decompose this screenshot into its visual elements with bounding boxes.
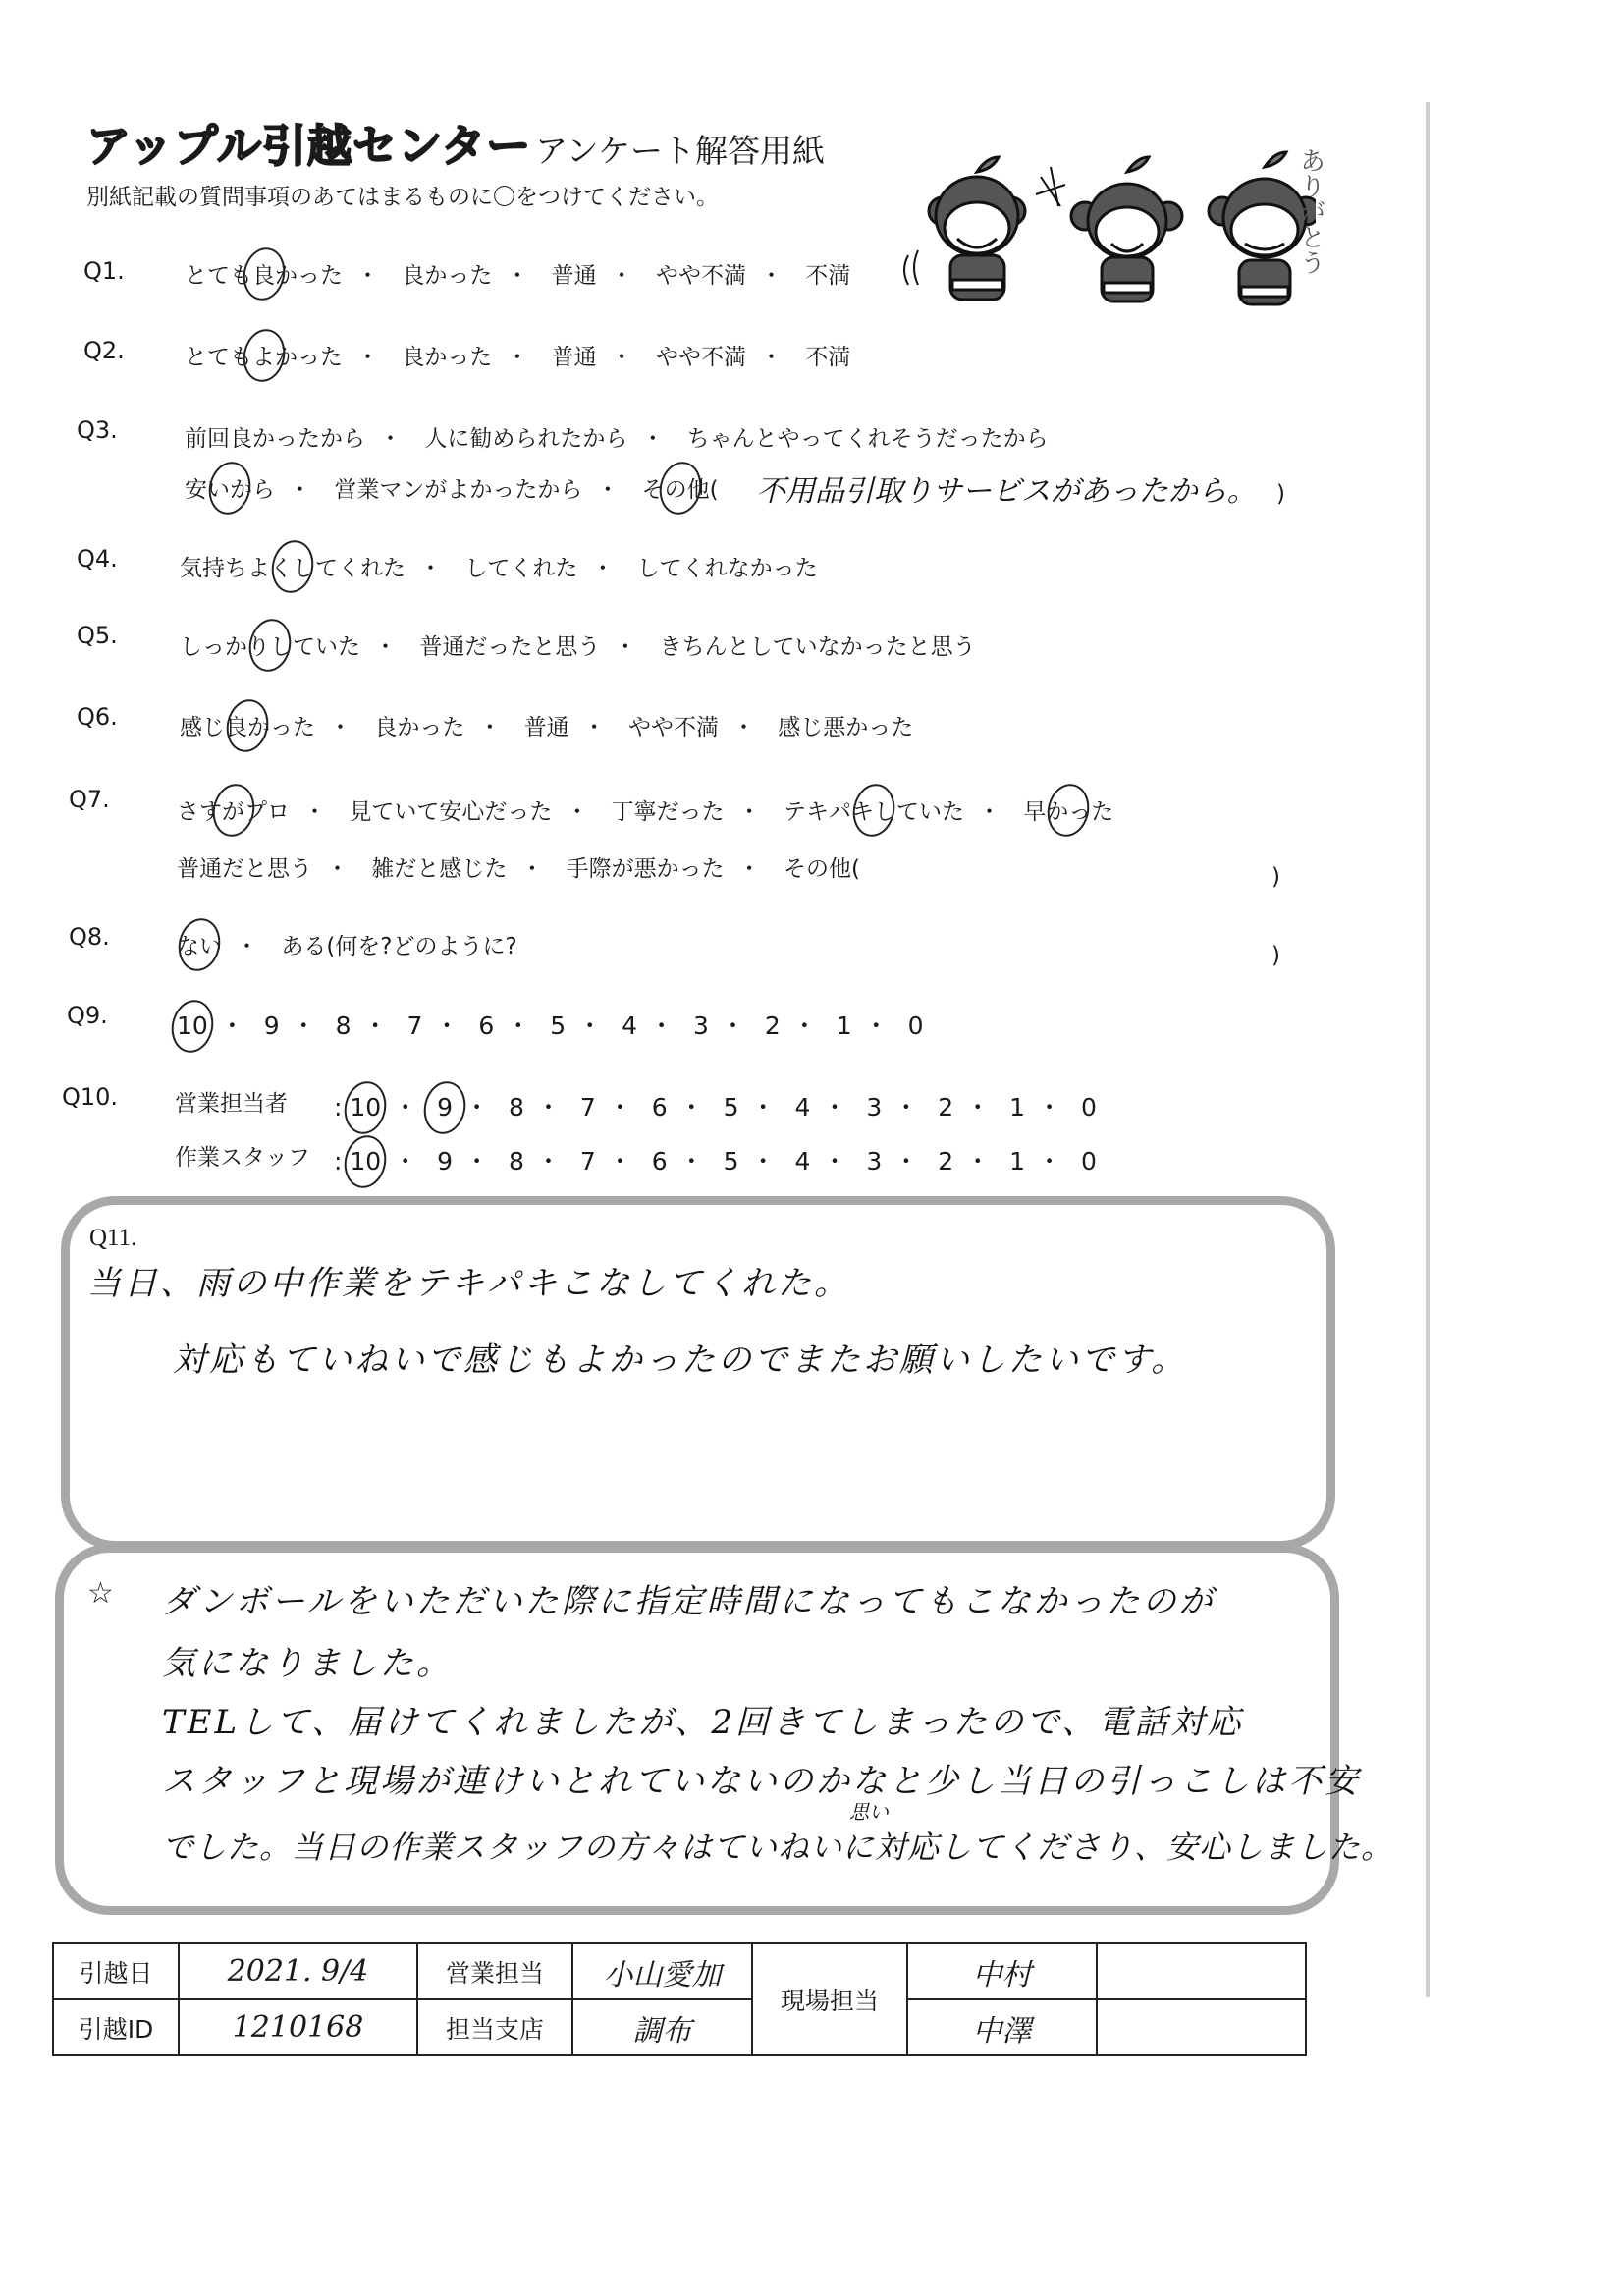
q8-close-paren: ) xyxy=(1271,943,1280,968)
page-edge-line xyxy=(1426,102,1430,1997)
q9-score-3[interactable]: 3 xyxy=(693,1011,709,1040)
q10-sales-score-7[interactable]: 7 xyxy=(580,1093,596,1121)
q10-staff-score-1[interactable]: 1 xyxy=(1009,1147,1025,1175)
q10-staff-score-3[interactable]: 3 xyxy=(866,1147,882,1175)
q9-score-9[interactable]: 9 xyxy=(264,1011,280,1040)
q2-options: とてもよかった・ 良かった・ 普通・ やや不満・ 不満 xyxy=(185,339,850,371)
q11-comment-line-1: 当日、雨の中作業をテキパキこなしてくれた。 xyxy=(87,1256,850,1304)
q4-options: 気持ちよくしてくれた・ してくれた・ してくれなかった xyxy=(180,550,818,582)
q9-score-4[interactable]: 4 xyxy=(622,1011,637,1040)
q5-options: しっかりしていた・ 普通だったと思う・ きちんとしていなかったと思う xyxy=(180,629,976,661)
q9-score-1[interactable]: 1 xyxy=(837,1011,852,1040)
q10-sales-label: 営業担当者 xyxy=(175,1085,288,1118)
sales-rep-label: 営業担当 xyxy=(417,1943,572,1999)
star-icon: ☆ xyxy=(87,1576,114,1611)
remarks-line-2: 気になりました。 xyxy=(162,1636,453,1684)
extra-cell-1[interactable] xyxy=(1097,1943,1306,1999)
q7-option-7[interactable]: 雑だと感じた xyxy=(371,850,507,883)
q2-option-1[interactable]: とてもよかった xyxy=(185,339,343,371)
q10-sales-score-3[interactable]: 3 xyxy=(866,1093,882,1121)
q6-option-3[interactable]: 普通 xyxy=(524,709,569,741)
q3-close-paren: ) xyxy=(1276,481,1285,507)
move-date-label: 引越日 xyxy=(53,1943,179,1999)
q9-scale: 10・ 9・ 8・ 7・ 6・ 5・ 4・ 3・ 2・ 1・ 0 xyxy=(177,1007,924,1042)
q7-options-row1: さすがプロ・ 見ていて安心だった・ 丁寧だった・ テキパキしていた・ 早かった xyxy=(177,793,1113,826)
q10-staff-colon: : xyxy=(334,1147,342,1175)
move-id-value[interactable]: 1210168 xyxy=(179,1999,417,2055)
q3-option-5[interactable]: 営業マンがよかったから xyxy=(334,471,582,504)
q7-option-2[interactable]: 見ていて安心だった xyxy=(349,793,552,826)
instruction-text: 別紙記載の質問事項のあてはまるものに〇をつけてください。 xyxy=(86,179,719,211)
q6-option-5[interactable]: 感じ悪かった xyxy=(778,709,913,741)
branch-value[interactable]: 調布 xyxy=(572,1999,752,2055)
q2-option-2[interactable]: 良かった xyxy=(402,339,492,371)
q10-sales-score-6[interactable]: 6 xyxy=(652,1093,668,1121)
q7-option-3[interactable]: 丁寧だった xyxy=(612,793,725,826)
question-label-q7: Q7. xyxy=(69,786,110,813)
remarks-correction: 思い xyxy=(849,1796,889,1825)
q11-comment-line-2: 対応もていねいで感じもよかったのでまたお願いしたいです。 xyxy=(173,1333,1187,1381)
q6-option-4[interactable]: やや不満 xyxy=(628,709,719,741)
q6-option-2[interactable]: 良かった xyxy=(374,709,464,741)
sales-rep-value[interactable]: 小山愛加 xyxy=(572,1943,752,1999)
q7-close-paren: ) xyxy=(1271,864,1280,890)
q2-option-3[interactable]: 普通 xyxy=(552,339,597,371)
q10-staff-score-0[interactable]: 0 xyxy=(1081,1147,1097,1175)
question-label-q4: Q4. xyxy=(77,545,118,573)
move-info-table: 引越日 2021. 9/4 営業担当 小山愛加 現場担当 中村 引越ID 121… xyxy=(52,1942,1307,2056)
q10-sales-scale: : 10・ 9・ 8・ 7・ 6・ 5・ 4・ 3・ 2・ 1・ 0 xyxy=(334,1088,1097,1123)
q10-staff-score-4[interactable]: 4 xyxy=(795,1147,811,1175)
q7-option-1[interactable]: さすがプロ xyxy=(177,793,290,826)
q10-staff-score-10[interactable]: 10 xyxy=(350,1147,381,1175)
q1-option-1[interactable]: とても良かった xyxy=(185,257,343,290)
q1-option-5[interactable]: 不満 xyxy=(805,257,850,290)
q10-staff-score-6[interactable]: 6 xyxy=(652,1147,668,1175)
question-label-q10: Q10. xyxy=(62,1083,118,1111)
q10-sales-score-0[interactable]: 0 xyxy=(1081,1093,1097,1121)
q10-sales-score-4[interactable]: 4 xyxy=(795,1093,811,1121)
q5-option-3[interactable]: きちんとしていなかったと思う xyxy=(660,629,976,661)
q9-score-0[interactable]: 0 xyxy=(908,1011,924,1040)
q9-score-8[interactable]: 8 xyxy=(336,1011,352,1040)
q10-sales-score-10[interactable]: 10 xyxy=(350,1093,381,1121)
q7-option-8[interactable]: 手際が悪かった xyxy=(567,850,725,883)
q3-other-answer[interactable]: 不用品引取りサービスがあったから。 xyxy=(756,466,1257,510)
q10-sales-score-8[interactable]: 8 xyxy=(509,1093,524,1121)
remarks-line-3: TELして、届けてくれましたが、2回きてしまったので、電話対応 xyxy=(162,1695,1243,1743)
q8-option-some[interactable]: ある(何を?どのように? xyxy=(281,928,516,960)
thanks-caption: ありがとう xyxy=(1296,147,1325,275)
q6-option-1[interactable]: 感じ良かった xyxy=(180,709,315,741)
q3-options-row1: 前回良かったから・ 人に勧められたから・ ちゃんとやってくれそうだったから xyxy=(185,420,1049,453)
q10-staff-scale: : 10・ 9・ 8・ 7・ 6・ 5・ 4・ 3・ 2・ 1・ 0 xyxy=(334,1142,1097,1177)
remarks-line-5: でした。当日の作業スタッフの方々はていねいに対応してくださり、安心しました。 xyxy=(162,1823,1393,1868)
q11-comment-box[interactable]: Q11. 当日、雨の中作業をテキパキこなしてくれた。 対応もていねいで感じもよか… xyxy=(61,1196,1335,1550)
q9-score-10[interactable]: 10 xyxy=(177,1011,208,1040)
move-date-value[interactable]: 2021. 9/4 xyxy=(179,1943,417,1999)
q1-option-2[interactable]: 良かった xyxy=(402,257,492,290)
question-label-q9: Q9. xyxy=(67,1002,108,1029)
q5-option-1[interactable]: しっかりしていた xyxy=(180,629,360,661)
q3-option-3[interactable]: ちゃんとやってくれそうだったから xyxy=(687,420,1049,453)
move-id-label: 引越ID xyxy=(53,1999,179,2055)
q10-staff-score-9[interactable]: 9 xyxy=(437,1147,453,1175)
q7-option-5[interactable]: 早かった xyxy=(1023,793,1113,826)
q1-option-4[interactable]: やや不満 xyxy=(656,257,746,290)
q5-option-2[interactable]: 普通だったと思う xyxy=(419,629,600,661)
q10-staff-score-5[interactable]: 5 xyxy=(724,1147,739,1175)
q3-option-4[interactable]: 安いから xyxy=(185,471,275,504)
q4-option-3[interactable]: してくれなかった xyxy=(637,550,818,582)
q3-option-other[interactable]: その他( xyxy=(642,471,719,504)
q9-score-6[interactable]: 6 xyxy=(478,1011,494,1040)
q10-sales-score-5[interactable]: 5 xyxy=(724,1093,739,1121)
remarks-line-1: ダンボールをいただいた際に指定時間になってもこなかったのが xyxy=(162,1574,1216,1622)
question-label-q5: Q5. xyxy=(77,622,118,649)
site-staff-2-value[interactable]: 中澤 xyxy=(907,1999,1097,2055)
q11-label: Q11. xyxy=(89,1225,136,1252)
site-staff-label: 現場担当 xyxy=(752,1943,907,2055)
q3-option-2[interactable]: 人に勧められたから xyxy=(424,420,627,453)
q10-sales-colon: : xyxy=(334,1093,342,1121)
q10-staff-score-8[interactable]: 8 xyxy=(509,1147,524,1175)
q9-score-2[interactable]: 2 xyxy=(765,1011,781,1040)
q8-option-none[interactable]: ない xyxy=(177,928,222,960)
question-label-q2: Q2. xyxy=(83,337,125,364)
q1-options: とても良かった・ 良かった・ 普通・ やや不満・ 不満 xyxy=(185,257,850,290)
q2-option-4[interactable]: やや不満 xyxy=(656,339,746,371)
q10-sales-score-1[interactable]: 1 xyxy=(1009,1093,1025,1121)
q4-option-1[interactable]: 気持ちよくしてくれた xyxy=(180,550,406,582)
q7-option-6[interactable]: 普通だと思う xyxy=(177,850,312,883)
q7-options-row2: 普通だと思う・ 雑だと感じた・ 手際が悪かった・ その他( xyxy=(177,850,860,883)
q2-option-5[interactable]: 不満 xyxy=(805,339,850,371)
question-label-q6: Q6. xyxy=(77,703,118,731)
q10-sales-score-2[interactable]: 2 xyxy=(938,1093,953,1121)
q7-option-4[interactable]: テキパキしていた xyxy=(784,793,964,826)
q9-score-7[interactable]: 7 xyxy=(407,1011,423,1040)
extra-cell-2[interactable] xyxy=(1097,1999,1306,2055)
branch-label: 担当支店 xyxy=(417,1999,572,2055)
q9-score-5[interactable]: 5 xyxy=(550,1011,566,1040)
q10-staff-label: 作業スタッフ xyxy=(175,1139,310,1172)
q3-options-row2: 安いから・ 営業マンがよかったから・ その他( xyxy=(185,471,719,504)
question-label-q3: Q3. xyxy=(77,416,118,444)
q3-option-1[interactable]: 前回良かったから xyxy=(185,420,365,453)
q6-options: 感じ良かった・ 良かった・ 普通・ やや不満・ 感じ悪かった xyxy=(180,709,913,741)
q10-staff-score-2[interactable]: 2 xyxy=(938,1147,953,1175)
q8-options: ない・ ある(何を?どのように? xyxy=(177,928,517,960)
monkey-mascots-icon xyxy=(884,137,1316,319)
q7-option-other[interactable]: その他( xyxy=(784,850,860,883)
remarks-line-4: スタッフと現場が連けいとれていないのかなと少し当日の引っこしは不安 xyxy=(162,1754,1361,1802)
q10-sales-score-9[interactable]: 9 xyxy=(437,1093,453,1121)
question-label-q8: Q8. xyxy=(69,923,110,951)
question-label-q1: Q1. xyxy=(83,257,125,285)
q10-staff-score-7[interactable]: 7 xyxy=(580,1147,596,1175)
remarks-box[interactable]: ☆ ダンボールをいただいた際に指定時間になってもこなかったのが 気になりました。… xyxy=(55,1544,1339,1915)
site-staff-1-value[interactable]: 中村 xyxy=(907,1943,1097,1999)
q4-option-2[interactable]: してくれた xyxy=(464,550,577,582)
form-title: アンケート解答用紙 xyxy=(535,126,825,172)
q1-option-3[interactable]: 普通 xyxy=(552,257,597,290)
brand-logo: アップル引越センター xyxy=(86,110,531,174)
